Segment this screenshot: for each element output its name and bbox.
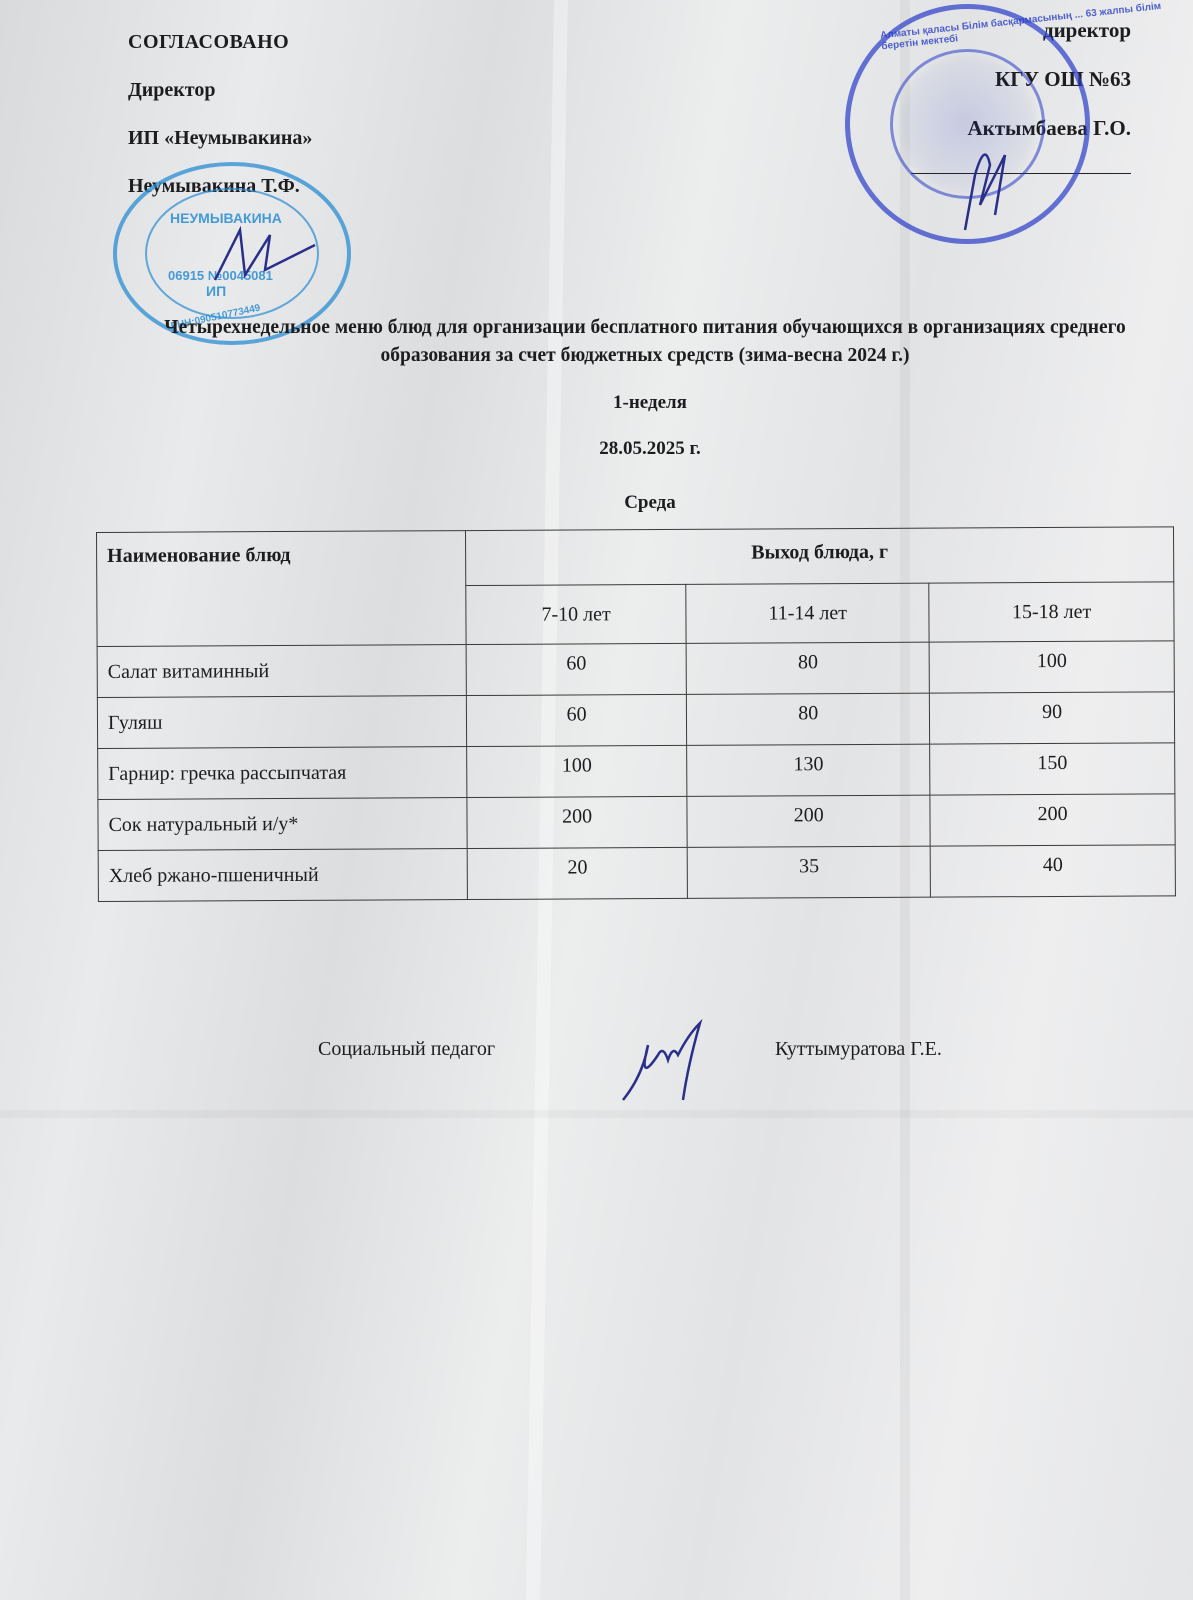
footer-person: Куттымуратова Г.Е. [775, 1038, 942, 1061]
column-header-portion: Выход блюда, г [465, 527, 1173, 586]
portion-value: 90 [930, 692, 1175, 744]
table-row: Гуляш 60 80 90 [97, 692, 1174, 749]
approval-signatory: Неумывакина Т.Ф. [128, 176, 312, 196]
age-group-header: 7-10 лет [466, 584, 687, 644]
approval-heading: СОГЛАСОВАНО [128, 32, 312, 52]
portion-value: 20 [467, 847, 688, 899]
signature-right-icon [955, 135, 1015, 235]
portion-value: 60 [466, 694, 687, 746]
portion-value: 100 [929, 641, 1174, 693]
director-organization: КГУ ОШ №63 [911, 67, 1131, 92]
table-row: Хлеб ржано-пшеничный 20 35 40 [98, 845, 1175, 902]
dish-name: Салат витаминный [97, 645, 466, 698]
menu-table: Наименование блюд Выход блюда, г 7-10 ле… [96, 526, 1176, 902]
approval-block-left: СОГЛАСОВАНО Директор ИП «Неумывакина» Не… [128, 32, 312, 224]
column-header-dish: Наименование блюд [97, 531, 467, 647]
dish-name: Гарнир: гречка рассыпчатая [98, 747, 467, 800]
table-row: Гарнир: гречка рассыпчатая 100 130 150 [98, 743, 1175, 800]
stamp-left-type: ИП [206, 283, 226, 299]
weekday: Среда [0, 492, 1193, 514]
portion-value: 130 [687, 744, 930, 796]
table-row: Салат витаминный 60 80 100 [97, 641, 1174, 698]
stamp-left-name: НЕУМЫВАКИНА [170, 210, 282, 226]
portion-value: 150 [930, 743, 1175, 795]
footer-role: Социальный педагог [318, 1038, 495, 1061]
approval-organization: ИП «Неумывакина» [128, 128, 312, 148]
week-label: 1-неделя [0, 392, 1193, 414]
portion-value: 200 [930, 794, 1175, 846]
portion-value: 100 [467, 745, 688, 797]
portion-value: 200 [687, 795, 930, 847]
portion-value: 40 [930, 845, 1175, 897]
approval-position: Директор [128, 80, 312, 100]
table-row: Сок натуральный и/у* 200 200 200 [98, 794, 1175, 851]
portion-value: 80 [687, 693, 930, 745]
dish-name: Хлеб ржано-пшеничный [98, 849, 467, 902]
signature-footer-icon [618, 1015, 708, 1105]
portion-value: 80 [686, 642, 929, 694]
signature-left-icon [210, 225, 320, 285]
portion-value: 60 [466, 643, 687, 695]
dish-name: Сок натуральный и/у* [98, 798, 467, 851]
age-group-header: 15-18 лет [929, 582, 1174, 642]
dish-name: Гуляш [97, 696, 466, 749]
age-group-header: 11-14 лет [686, 583, 929, 643]
portion-value: 200 [467, 796, 688, 848]
document-title: Четырехнедельное меню блюд для организац… [150, 314, 1140, 370]
director-signatory: Актымбаева Г.О. [911, 116, 1131, 141]
paper-crease [0, 1110, 1193, 1118]
portion-value: 35 [687, 846, 930, 898]
menu-date: 28.05.2025 г. [0, 438, 1193, 460]
signature-line [911, 155, 1131, 174]
